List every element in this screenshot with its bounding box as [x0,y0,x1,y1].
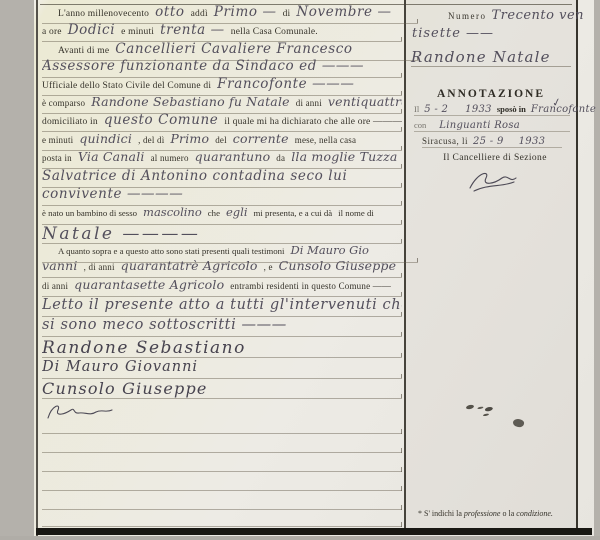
handwritten-text: 1933 [465,104,492,115]
printed-text: mese, nella casa [295,135,356,145]
form-left-border [36,0,38,536]
annotation-line: con Linguanti Rosa [414,120,570,132]
printed-text: di anni [42,281,68,291]
handwritten-text: Natale ———— [42,224,200,244]
form-line: Natale ———— [42,224,402,244]
footnote-text-italic: professione [464,509,501,518]
handwritten-text: lla moglie Tuzza [291,149,397,164]
form-line: L'anno millenovecento otto addì Primo — … [42,4,418,24]
printed-text: L'anno millenovecento [58,9,149,19]
printed-text: , di anni [84,262,115,272]
handwritten-text: 1933 [519,136,546,147]
printed-text: e minuti [42,135,73,145]
annotation-line: Siracusa, li 25 - 9 1933 [422,136,562,148]
printed-text: con [414,120,426,130]
handwritten-text: Primo — [214,4,277,20]
handwritten-text: corrente [233,131,289,146]
form-line: Di Mauro Giovanni [42,359,402,379]
handwritten-text: Francofonte [531,104,596,115]
printed-text: Ufficiale dello Stato Civile del Comune … [42,81,211,91]
birth-record-scan: L'anno millenovecento otto addì Primo — … [0,0,600,540]
form-line: e minuti quindici , del dì Primo del cor… [42,131,402,151]
handwritten-text: mascolino [143,205,202,219]
handwritten-text: Cunsolo Giuseppe [279,258,397,273]
handwritten-text: Via Canali [78,149,145,164]
scan-margin [0,536,600,540]
ruled-line [42,452,402,472]
printed-text: il quale mi ha dichiarato che alle ore —… [224,117,402,127]
printed-text: il nome di [338,208,374,218]
signature-cunsolo-giuseppe: Cunsolo Giuseppe [42,379,208,398]
handwritten-text: Dodici [68,22,115,38]
printed-text: addì [191,9,208,19]
form-line: convivente ———— [42,186,402,206]
footnote-text-italic: condizione. [516,509,553,518]
numero-line-continued: tisette —— [412,26,494,41]
form-line: Salvatrice di Antonino contadina seco lu… [42,168,402,188]
handwritten-text: convivente ———— [42,186,183,202]
printed-text: e minuti [121,27,154,37]
handwritten-text: quarantatrè Agricolo [121,258,258,273]
form-line: di anni quarantasette Agricolo entrambi … [42,277,402,297]
form-line: Cunsolo Giuseppe [42,379,402,399]
printed-text: è nato un bambino di sesso [42,208,137,218]
form-line: Letto il presente atto a tutti gl'interv… [42,297,402,317]
form-line: posta in Via Canali al numero quarantuno… [42,149,402,169]
stamped-text: sposò in [497,104,526,114]
printed-text: Il [414,104,419,114]
numero-line: Numero Trecento ven [448,8,584,23]
form-line: Assessore funzionante da Sindaco ed ——— [42,58,402,78]
officer-title-text: Il Cancelliere di Sezione [443,153,547,163]
handwritten-text: quarantasette Agricolo [74,277,224,292]
printed-text: a ore [42,27,62,37]
handwritten-text: trenta — [160,22,225,38]
handwritten-text: si sono meco sottoscritti ——— [42,317,287,333]
handwritten-text: Novembre — [296,4,391,20]
printed-text: A quanto sopra e a questo atto sono stat… [58,246,284,256]
printed-text: domiciliato in [42,117,98,127]
handwritten-text: Assessore funzionante da Sindaco ed ——— [42,58,364,74]
handwritten-text: questo Comune [104,112,219,128]
printed-text: che [208,208,220,218]
form-footnote: * S' indichi la professione o la condizi… [418,509,553,518]
form-right-border [576,0,578,528]
printed-text: del [215,135,227,145]
signature-di-mauro-giovanni: Di Mauro Giovanni [42,359,198,375]
form-line: domiciliato in questo Comune il quale mi… [42,112,402,132]
handwritten-text: Randone Sebastiano fu Natale [91,94,290,109]
printed-text: Siracusa, li [422,136,468,146]
handwritten-text: Di Mauro Gio [290,243,368,257]
ruled-line [42,471,402,491]
clerk-signature-flourish [464,168,520,196]
handwritten-text: ventiquattro Agricolo [328,94,402,109]
handwritten-text: Primo [170,131,209,146]
handwritten-text: quarantuno [195,149,271,164]
printed-text: nella Casa Comunale. [231,27,318,37]
ruled-line [42,414,402,434]
printed-text: Avanti di me [58,46,109,56]
footnote-text: * S' indichi la [418,509,464,518]
handwritten-text: Cancellieri Cavaliere Francesco [115,41,352,57]
registered-name: Randone Natale [411,48,571,67]
form-line: a ore Dodici e minuti trenta — nella Cas… [42,22,402,42]
form-line: è comparso Randone Sebastiano fu Natale … [42,94,402,114]
form-line: si sono meco sottoscritti ——— [42,317,402,337]
officer-title-line: Il Cancelliere di Sezione [420,153,570,163]
printed-text: di [283,9,291,19]
annotation-line: Il 5 - 2 1933 sposò in Francofonte [414,104,570,116]
handwritten-text: Salvatrice di Antonino contadina seco lu… [42,168,347,184]
printed-text: al numero [151,153,189,163]
printed-text: , del dì [138,135,164,145]
handwritten-text: egli [226,205,248,219]
handwritten-text: quindici [79,131,132,146]
ruled-line [42,433,402,453]
form-bottom-border [36,528,592,535]
annotation-title-text: ANNOTAZIONE [437,88,545,100]
form-line: vanni , di anni quarantatrè Agricolo , e… [42,258,402,278]
ruled-line [42,507,402,527]
handwritten-text: otto [155,4,185,20]
handwritten-text: vanni [42,258,78,273]
form-line: Randone Sebastiano [42,338,402,358]
printed-text: è comparso [42,98,85,108]
registered-name-handwritten: Randone Natale [411,48,551,66]
printed-text: da [276,153,285,163]
handwritten-text: Letto il presente atto a tutti gl'interv… [42,297,402,313]
printed-text: posta in [42,153,72,163]
printed-text: mi presenta, e a cui dà [254,208,333,218]
form-line: Ufficiale dello Stato Civile del Comune … [42,76,402,96]
footnote-text: o la [500,509,516,518]
form-line: è nato un bambino di sesso mascolino che… [42,205,402,225]
side-column: Numero Trecento ven tisette —— Randone N… [406,0,576,528]
handwritten-text: 5 - 2 [424,104,448,115]
numero-value-handwritten: tisette —— [412,26,494,41]
handwritten-text: 25 - 9 [473,136,504,147]
numero-label: Numero [448,11,487,21]
printed-text: , e [264,262,273,272]
handwritten-text: Linguanti Rosa [439,120,520,131]
handwritten-text: Francofonte ——— [217,76,354,92]
printed-text: di anni [296,98,322,108]
signature-randone-sebastiano: Randone Sebastiano [42,338,246,358]
printed-text: entrambi residenti in questo Comune —— [230,281,391,291]
numero-value-handwritten: Trecento ven [492,8,585,23]
